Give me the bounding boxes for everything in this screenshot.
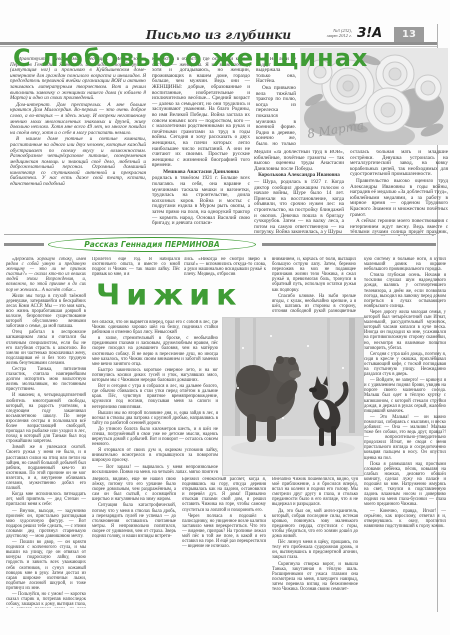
article1-headline: С любовью о женщинах [13,44,368,72]
story-col2-bottom: Зверюга, видимо, ещё не нашёл свою лёжку… [92,477,176,608]
article1-col3b: Медали «За доблестный труд в ВОВ», юбиле… [254,150,344,236]
article-separator [4,234,436,235]
article1-col2: коллектив в области, где основной костяк… [152,57,250,235]
banner-rule-right [262,243,436,246]
story-col2-top: Пролетел ещё год. Я набирался охотничьег… [92,257,180,281]
story-col5: кую систему и больные ноги, я купил мале… [364,257,446,608]
newspaper-page: Письмо из глубинки №3 (232), март 2012 г… [0,0,450,635]
bear-dog-illustration [222,317,364,476]
banner-rule-left [4,243,44,246]
story-col3-bottom: Брезжил сенокосный рассвет, когда я, под… [182,477,266,608]
article1-col1: Здравствуйте, уважаемая редакция. Меня з… [10,57,146,235]
issue-date: март 2012 г. [298,33,352,38]
story-col1: «Держать хорошую собаку, имея рядом с со… [6,257,86,608]
article1-col4: осталась больная мать и младшие сестрёнк… [350,150,448,236]
newspaper-logo: З!А [357,26,382,41]
issue-info: №3 (232), март 2012 г. [298,28,352,39]
story-col4-top: вниманием, и, корчась от боли, вытащил б… [272,257,356,314]
story-banner: Рассказ Геннадия ПЕРМИНОВА [48,237,256,252]
story-col4-bottom: Внезапно Чижик пошевелился, видно, чуя м… [272,477,358,608]
story-col2-mid: без опаски, что он вырвется вперёд, брал… [92,320,218,473]
story-col3-top: лись. «Никогда не смотри зверю в глаза!»… [184,257,266,281]
page-number-box: 13 [394,27,424,43]
story-title: Чижик [96,279,243,312]
